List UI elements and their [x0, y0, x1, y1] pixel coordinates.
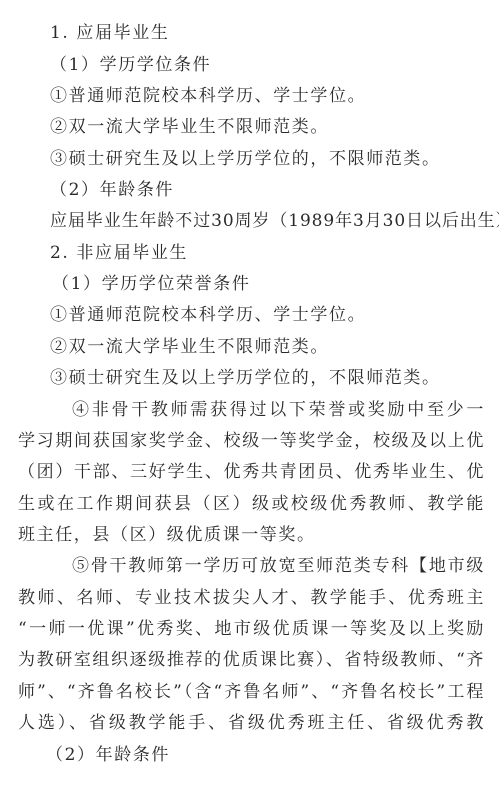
section-2-sub-1-heading: （1）学历学位荣誉条件 — [52, 273, 250, 295]
section-1-item-2: ②双一流大学毕业生不限师范类。 — [50, 116, 329, 138]
section-2-sub-2-heading: （2）年龄条件 — [46, 744, 170, 766]
section-1-heading: 1. 应届毕业生 — [50, 22, 169, 44]
age-requirement-text: 应届毕业生年龄不过30周岁（1989年3月30日以后出生）。 — [50, 210, 499, 232]
section-2-heading: 2. 非应届毕业生 — [50, 242, 188, 264]
item-5-line-3: “一师一优课”优秀奖、地市级优质课一等奖及以上奖励（必须 — [18, 618, 485, 640]
document-page: 1. 应届毕业生 （1）学历学位条件 ①普通师范院校本科学历、学士学位。 ②双一… — [0, 0, 499, 806]
section-2-item-3: ③硕士研究生及以上学历学位的，不限师范类。 — [50, 367, 441, 389]
item-4-line-2: 学习期间获国家奖学金、校级一等奖学金，校级及以上优秀学生 — [18, 430, 485, 452]
item-4-line-5: 班主任，县（区）级优质课一等奖。 — [18, 524, 316, 546]
item-4-line-1: ④非骨干教师需获得过以下荣誉或奖励中至少一项，在大学 — [72, 399, 485, 421]
item-4-line-3: （团）干部、三好学生、优秀共青团员、优秀毕业生、优秀研究 — [18, 461, 485, 483]
section-1-item-1: ①普通师范院校本科学历、学士学位。 — [50, 85, 366, 107]
item-5-line-5: 师”、“齐鲁名校长”（含“齐鲁名师”、“齐鲁名校长”工程 — [18, 681, 485, 703]
item-5-line-1: ⑤骨干教师第一学历可放宽至师范类专科【地市级以上优秀 — [72, 555, 485, 577]
section-1-item-3: ③硕士研究生及以上学历学位的，不限师范类。 — [50, 148, 441, 170]
section-2-item-1: ①普通师范院校本科学历、学士学位。 — [50, 304, 366, 326]
section-1-sub-2-heading: （2）年龄条件 — [50, 179, 174, 201]
item-4-line-4: 生或在工作期间获县（区）级或校级优秀教师、教学能手、优秀 — [18, 493, 485, 515]
item-5-line-6: 人选）、省级教学能手、省级优秀班主任、省级优秀教师】。 — [18, 712, 485, 734]
section-1-sub-1-heading: （1）学历学位条件 — [50, 54, 211, 76]
section-2-item-2: ②双一流大学毕业生不限师范类。 — [50, 336, 329, 358]
item-5-line-2: 教师、名师、专业技术拔尖人才、教学能手、优秀班主任、省级 — [18, 587, 485, 609]
item-5-line-4: 为教研室组织逐级推荐的优质课比赛）、省特级教师、“齐鲁名 — [18, 649, 485, 671]
